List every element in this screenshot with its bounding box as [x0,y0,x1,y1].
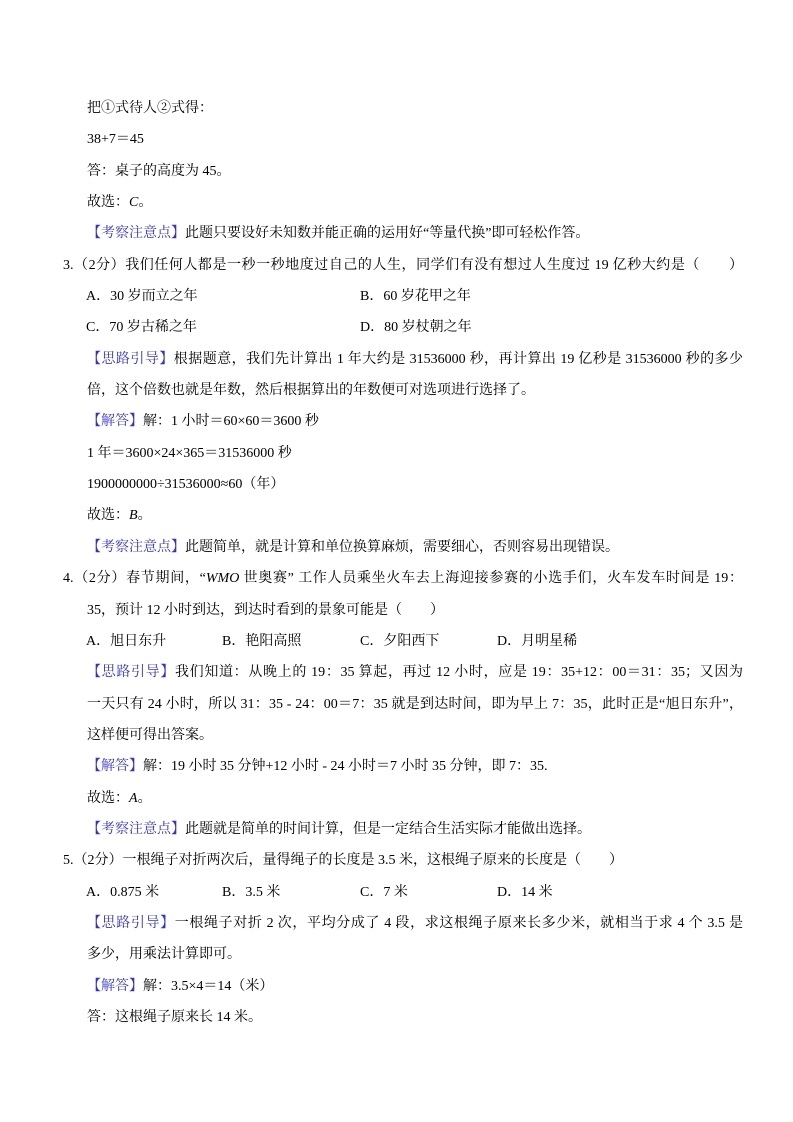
option-b: B．60 岁花甲之年 [360,281,471,312]
question-text: 35，预计 12 小时到达，到达时看到的景象可能是（ ） [87,603,444,618]
answer-suffix: 。 [138,791,152,806]
q5-answer-sentence: 答：这根绳子原来长 14 米。 [87,1002,743,1033]
text-segment: 答：桌子的高度为 45。 [87,164,231,179]
q4-prompt-line-2: 35，预计 12 小时到达，到达时看到的景象可能是（ ） [87,595,743,626]
option-d: D．80 岁杖朝之年 [360,312,472,343]
q5-guide-line-2: 多少，用乘法计算即可。 [87,939,743,970]
answer-letter: B [129,508,138,523]
text-segment: 解：1 小时＝60×60＝3600 秒 [143,414,319,429]
question-number: 4.（2分） [63,571,126,586]
option-b: B．3.5 米 [222,877,280,908]
text-segment: 多少，用乘法计算即可。 [87,947,241,962]
solution-label: 【解答】 [87,979,143,994]
q4-guide-line-2: 一天只有 24 小时，所以 31：35 - 24：00＝7：35 就是到达时间，… [87,689,743,720]
note-label: 【考察注意点】 [87,226,185,241]
question-text: 一根绳子对折两次后，量得绳子的长度是 3.5 米，这根绳子原来的长度是（ ） [123,853,624,868]
q2-choice-line: 故选：C。 [87,187,743,218]
q3-prompt-line: 3.（2分）我们任何人都是一秒一秒地度过自己的人生，同学们有没有想过人生度过 1… [63,250,743,281]
q5-solution-line-1: 【解答】解：3.5×4＝14（米） [87,971,743,1002]
q3-solution-line-2: 1 年＝3600×24×365＝31536000 秒 [87,438,743,469]
text-segment: 根据题意，我们先计算出 1 年大约是 31536000 秒，再计算出 19 亿秒… [174,352,743,367]
q5-guide-line-1: 【思路引导】一根绳子对折 2 次，平均分成了 4 段，求这根绳子原来长多少米，就… [87,908,743,939]
document-page: 把①式待人②式得： 38+7＝45 答：桌子的高度为 45。 故选：C。 【考察… [0,0,793,1122]
text-segment: 这样便可得出答案。 [87,728,213,743]
text-segment: 倍，这个倍数也就是年数，然后根据算出的年数便可对选项进行选择了。 [87,383,535,398]
q3-options-row-2: C．70 岁古稀之年D．80 岁杖朝之年 [87,312,743,343]
question-text: 世奥赛” 工作人员乘坐火车去上海迎接参赛的小选手们，火车发车时间是 19： [239,571,743,586]
q3-options-row-1: A．30 岁而立之年B．60 岁花甲之年 [87,281,743,312]
text-segment: 把①式待人②式得： [87,101,213,116]
answer-prefix: 故选： [87,195,129,210]
solution-label: 【解答】 [87,414,143,429]
option-d: D．月明星稀 [497,626,577,657]
option-c: C．70 岁古稀之年 [86,312,197,343]
q4-note-line: 【考察注意点】此题就是简单的时间计算，但是一定结合生活实际才能做出选择。 [87,814,743,845]
text-segment: 1900000000÷31536000≈60（年） [87,477,284,492]
option-a: A．旭日东升 [86,626,166,657]
q4-guide-line-3: 这样便可得出答案。 [87,720,743,751]
brand-name: WMO [206,571,239,586]
text-segment: 解：19 小时 35 分钟+12 小时 - 24 小时＝7 小时 35 分钟，即… [143,759,548,774]
q3-solution-line-1: 【解答】解：1 小时＝60×60＝3600 秒 [87,406,743,437]
q4-solution-line-1: 【解答】解：19 小时 35 分钟+12 小时 - 24 小时＝7 小时 35 … [87,751,743,782]
option-c: C．夕阳西下 [360,626,439,657]
answer-prefix: 故选： [87,791,129,806]
text-segment: 此题简单，就是计算和单位换算麻烦，需要细心，否则容易出现错误。 [185,540,619,555]
q4-guide-line-1: 【思路引导】我们知道：从晚上的 19：35 算起，再过 12 小时，应是 19：… [87,657,743,688]
text-segment: 此题只要设好未知数并能正确的运用好“等量代换”即可轻松作答。 [185,226,589,241]
q2-note-line: 【考察注意点】此题只要设好未知数并能正确的运用好“等量代换”即可轻松作答。 [87,218,743,249]
option-a: A．30 岁而立之年 [86,281,198,312]
text-segment: 解：3.5×4＝14（米） [143,979,273,994]
guide-label: 【思路引导】 [87,352,174,367]
q4-options-row: A．旭日东升B．艳阳高照C．夕阳西下D．月明星稀 [87,626,743,657]
question-text: 春节期间，“ [126,571,206,586]
q3-note-line: 【考察注意点】此题简单，就是计算和单位换算麻烦，需要细心，否则容易出现错误。 [87,532,743,563]
q2-work-line: 把①式待人②式得： [87,93,743,124]
answer-prefix: 故选： [87,508,129,523]
text-segment: 38+7＝45 [87,132,144,147]
q4-prompt-line-1: 4.（2分）春节期间，“WMO 世奥赛” 工作人员乘坐火车去上海迎接参赛的小选手… [63,563,743,594]
text-segment: 1 年＝3600×24×365＝31536000 秒 [87,446,292,461]
option-a: A．0.875 米 [86,877,159,908]
q3-guide-line-1: 【思路引导】根据题意，我们先计算出 1 年大约是 31536000 秒，再计算出… [87,344,743,375]
answer-suffix: 。 [138,195,152,210]
answer-letter: A [129,791,138,806]
guide-label: 【思路引导】 [87,916,175,931]
guide-label: 【思路引导】 [87,665,175,680]
q3-solution-line-3: 1900000000÷31536000≈60（年） [87,469,743,500]
note-label: 【考察注意点】 [87,540,185,555]
option-c: C．7 米 [360,877,408,908]
q2-answer-sentence: 答：桌子的高度为 45。 [87,156,743,187]
text-segment: 我们知道：从晚上的 19：35 算起，再过 12 小时，应是 19：35+12：… [175,665,743,680]
question-number: 3.（2分） [63,258,125,273]
answer-letter: C [129,195,138,210]
question-text: 我们任何人都是一秒一秒地度过自己的人生，同学们有没有想过人生度过 19 亿秒大约… [125,258,743,273]
answer-suffix: 。 [138,508,152,523]
option-b: B．艳阳高照 [222,626,301,657]
text-segment: 一根绳子对折 2 次，平均分成了 4 段，求这根绳子原来长多少米，就相当于求 4… [175,916,743,931]
q4-choice-line: 故选：A。 [87,783,743,814]
q5-options-row: A．0.875 米B．3.5 米C．7 米D．14 米 [87,877,743,908]
q3-choice-line: 故选：B。 [87,500,743,531]
note-label: 【考察注意点】 [87,822,185,837]
text-segment: 答：这根绳子原来长 14 米。 [87,1010,262,1025]
solution-label: 【解答】 [87,759,143,774]
question-number: 5.（2分） [63,853,123,868]
q3-guide-line-2: 倍，这个倍数也就是年数，然后根据算出的年数便可对选项进行选择了。 [87,375,743,406]
text-segment: 一天只有 24 小时，所以 31：35 - 24：00＝7：35 就是到达时间，… [87,697,743,712]
q2-equation-line: 38+7＝45 [87,124,743,155]
q5-prompt-line: 5.（2分）一根绳子对折两次后，量得绳子的长度是 3.5 米，这根绳子原来的长度… [63,845,743,876]
text-segment: 此题就是简单的时间计算，但是一定结合生活实际才能做出选择。 [185,822,591,837]
option-d: D．14 米 [497,877,553,908]
